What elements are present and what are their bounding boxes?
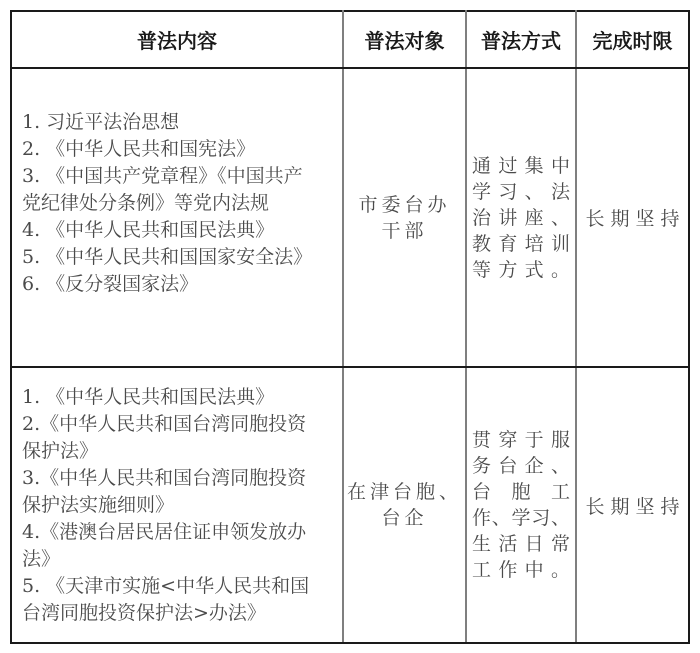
content-item: 3.《中华人民共和国台湾同胞投资 保护法实施细则》 [22, 465, 330, 519]
cell-deadline: 长期坚持 [576, 68, 689, 367]
cell-target-audience: 在津台胞、 台企 [343, 367, 466, 643]
method-text: 通过集中 学习、法 治讲座、 教育培训 等方式。 [472, 153, 570, 283]
content-item: 1. 《中华人民共和国民法典》 [22, 384, 330, 411]
content-item: 2. 《中华人民共和国宪法》 [22, 136, 330, 163]
cell-content-list: 1. 《中华人民共和国民法典》 2.《中华人民共和国台湾同胞投资 保护法》 3.… [11, 367, 343, 643]
content-item: 4. 《中华人民共和国民法典》 [22, 217, 330, 244]
header-row: 普法内容 普法对象 普法方式 完成时限 [11, 11, 689, 68]
legal-education-table: 普法内容 普法对象 普法方式 完成时限 1. 习近平法治思想 2. 《中华人民共… [10, 10, 690, 644]
column-header-method: 普法方式 [466, 11, 576, 68]
table-row: 1. 《中华人民共和国民法典》 2.《中华人民共和国台湾同胞投资 保护法》 3.… [11, 367, 689, 643]
content-item: 2.《中华人民共和国台湾同胞投资 保护法》 [22, 411, 330, 465]
cell-method: 贯穿于服 务台企、 台胞工 作、学习、 生活日常 工作中。 [466, 367, 576, 643]
column-header-target: 普法对象 [343, 11, 466, 68]
cell-content-list: 1. 习近平法治思想 2. 《中华人民共和国宪法》 3. 《中国共产党章程》《中… [11, 68, 343, 367]
column-header-content: 普法内容 [11, 11, 343, 68]
column-header-deadline: 完成时限 [576, 11, 689, 68]
cell-deadline: 长期坚持 [576, 367, 689, 643]
cell-method: 通过集中 学习、法 治讲座、 教育培训 等方式。 [466, 68, 576, 367]
page: 普法内容 普法对象 普法方式 完成时限 1. 习近平法治思想 2. 《中华人民共… [0, 0, 700, 653]
content-item: 3. 《中国共产党章程》《中国共产 党纪律处分条例》等党内法规 [22, 163, 330, 217]
cell-target-audience: 市委台办 干部 [343, 68, 466, 367]
content-item: 6. 《反分裂国家法》 [22, 271, 330, 298]
content-item: 5. 《天津市实施<中华人民共和国 台湾同胞投资保护法>办法》 [22, 573, 330, 627]
content-item: 1. 习近平法治思想 [22, 109, 330, 136]
content-item: 4.《港澳台居民居住证申领发放办 法》 [22, 519, 330, 573]
table-row: 1. 习近平法治思想 2. 《中华人民共和国宪法》 3. 《中国共产党章程》《中… [11, 68, 689, 367]
method-text: 贯穿于服 务台企、 台胞工 作、学习、 生活日常 工作中。 [472, 427, 570, 583]
content-item: 5. 《中华人民共和国国家安全法》 [22, 244, 330, 271]
